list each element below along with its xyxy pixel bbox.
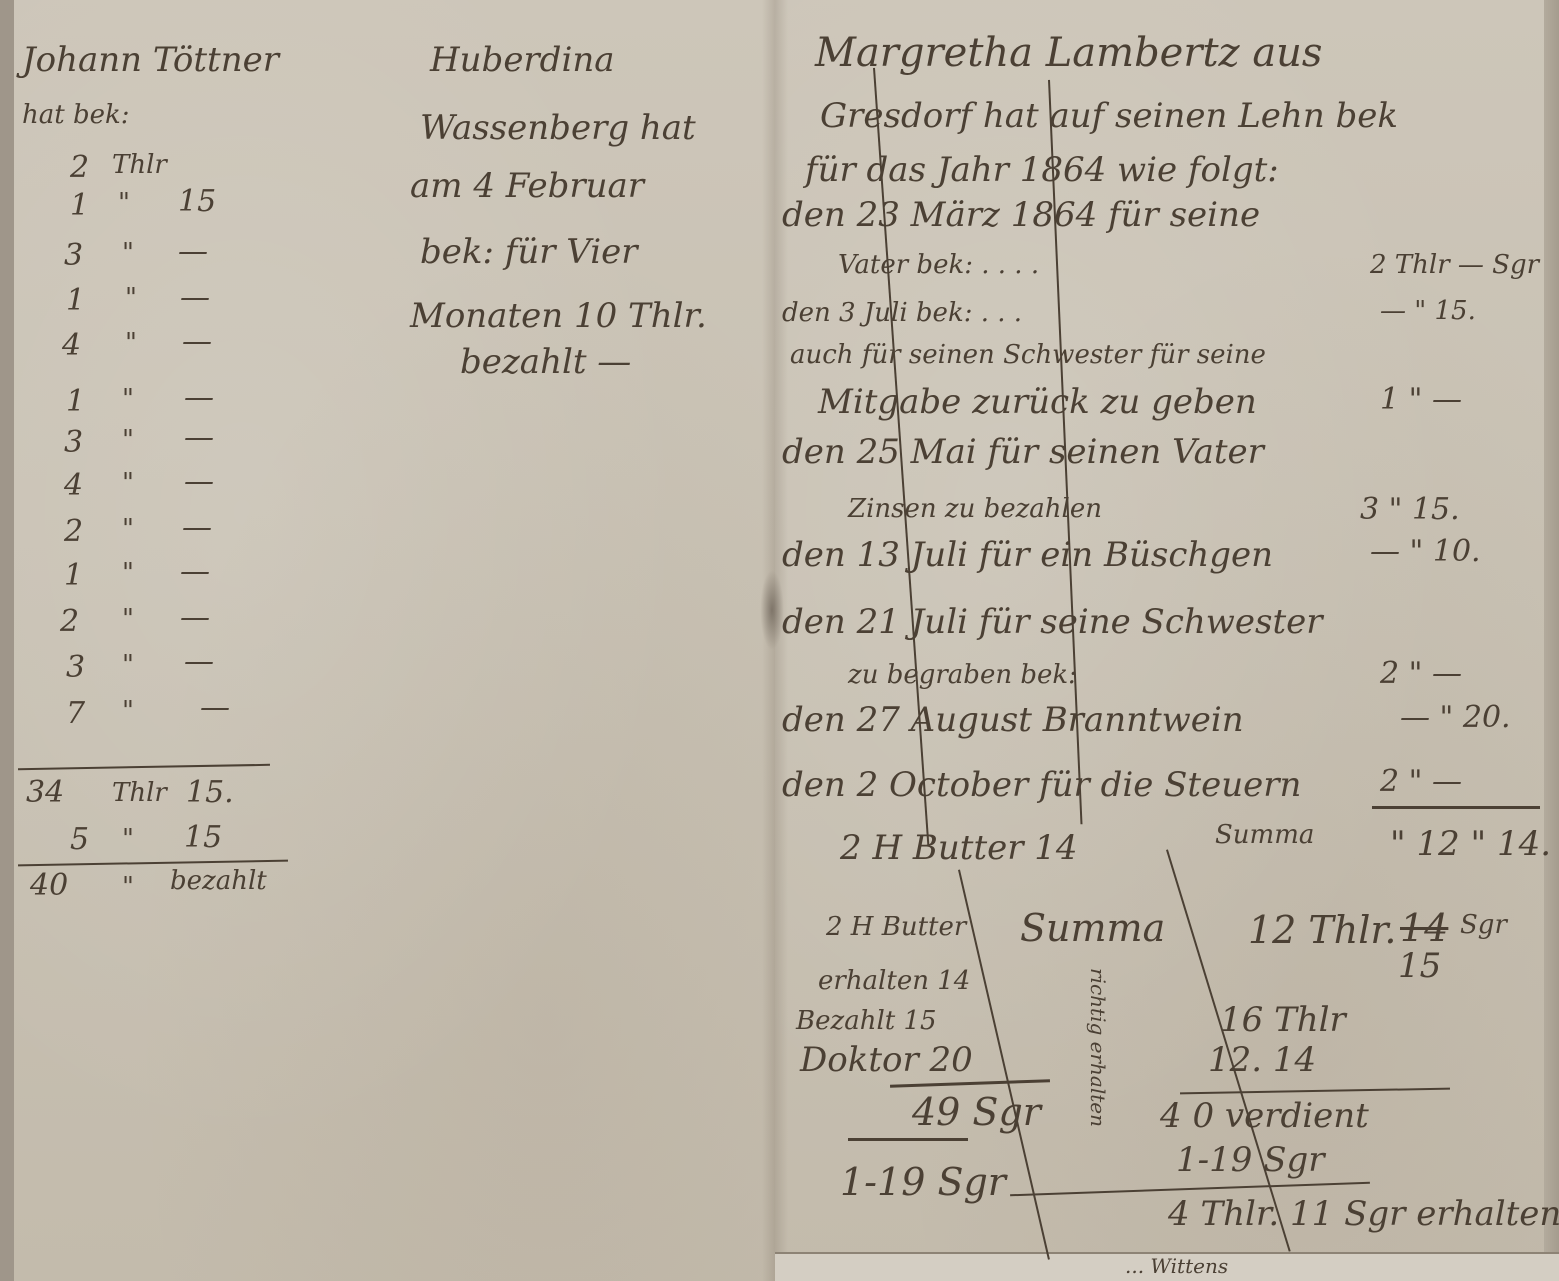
sum-left-rule [848,1138,968,1141]
summa-label-2: Summa [1020,906,1165,950]
summa-thaler: 12 Thlr. [1248,908,1396,952]
underlying-page-strip: ... Wittens [775,1252,1559,1281]
final-balance: 4 Thlr. 11 Sgr erhalten [1168,1194,1559,1234]
summa-amount: " 12 " 14. [1390,824,1551,864]
butter-line: 2 H Butter 14 [840,828,1078,868]
entry-header-line: für das Jahr 1864 wie folgt: [805,150,1279,190]
entry-header-line: Margretha Lambertz aus [815,30,1322,76]
entry-subtitle: hat bek: [22,100,130,130]
summa-rule [1372,806,1540,809]
left-page [0,0,775,1281]
ink-stain [760,570,784,650]
entry-name: Johann Töttner [22,40,279,80]
bottom-fragment-text: ... Wittens [1125,1254,1228,1278]
summa-label: Summa [1215,820,1314,850]
page-edge [1544,0,1559,1281]
vertical-note: richtig erhalten [1086,968,1110,1127]
entry-header-line: Gresdorf hat auf seinen Lehn bek [820,96,1398,136]
summa-sgr-struck: 14 [1400,906,1448,950]
summa-sgr-new: 15 [1398,946,1441,986]
